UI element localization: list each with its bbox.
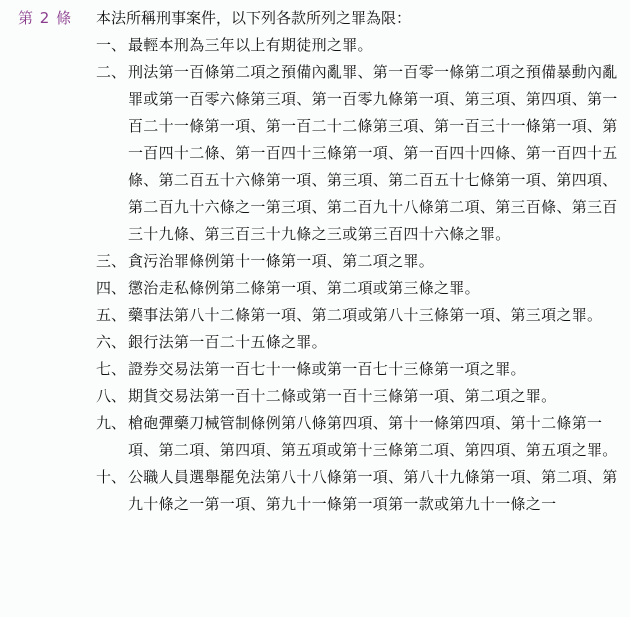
article-2: 第 2 條 本法所稱刑事案件，以下列各款所列之罪為限： 一、最輕本刑為三年以上有… xyxy=(0,0,630,518)
list-item: 七、證券交易法第一百七十一條或第一百七十三條第一項之罪。 xyxy=(96,356,628,383)
item-text: 期貨交易法第一百十二條或第一百十三條第一項、第二項之罪。 xyxy=(128,383,628,410)
item-text: 懲治走私條例第二條第一項、第二項或第三條之罪。 xyxy=(128,275,628,302)
article-intro: 本法所稱刑事案件，以下列各款所列之罪為限： xyxy=(96,5,628,32)
list-item: 四、懲治走私條例第二條第一項、第二項或第三條之罪。 xyxy=(96,275,628,302)
item-text: 最輕本刑為三年以上有期徒刑之罪。 xyxy=(128,32,628,59)
list-item: 三、貪污治罪條例第十一條第一項、第二項之罪。 xyxy=(96,248,628,275)
item-number: 四、 xyxy=(96,275,128,302)
list-item: 六、銀行法第一百二十五條之罪。 xyxy=(96,329,628,356)
list-item: 九、槍砲彈藥刀械管制條例第八條第四項、第十一條第四項、第十二條第一項、第二項、第… xyxy=(96,410,628,464)
list-item: 八、期貨交易法第一百十二條或第一百十三條第一項、第二項之罪。 xyxy=(96,383,628,410)
item-text: 槍砲彈藥刀械管制條例第八條第四項、第十一條第四項、第十二條第一項、第二項、第四項… xyxy=(128,410,628,464)
item-number: 五、 xyxy=(96,302,128,329)
list-item: 二、刑法第一百條第二項之預備內亂罪、第一百零一條第二項之預備暴動內亂罪或第一百零… xyxy=(96,59,628,248)
item-number: 七、 xyxy=(96,356,128,383)
item-text: 證券交易法第一百七十一條或第一百七十三條第一項之罪。 xyxy=(128,356,628,383)
list-item: 十、公職人員選舉罷免法第八十八條第一項、第八十九條第一項、第二項、第九十條之一第… xyxy=(96,464,628,518)
list-item: 一、最輕本刑為三年以上有期徒刑之罪。 xyxy=(96,32,628,59)
item-text: 刑法第一百條第二項之預備內亂罪、第一百零一條第二項之預備暴動內亂罪或第一百零六條… xyxy=(128,59,628,248)
item-number: 九、 xyxy=(96,410,128,464)
item-number: 六、 xyxy=(96,329,128,356)
item-text: 藥事法第八十二條第一項、第二項或第八十三條第一項、第三項之罪。 xyxy=(128,302,628,329)
article-number-label: 第 2 條 xyxy=(18,5,72,32)
item-number: 二、 xyxy=(96,59,128,248)
item-text: 公職人員選舉罷免法第八十八條第一項、第八十九條第一項、第二項、第九十條之一第一項… xyxy=(128,464,628,518)
item-number: 三、 xyxy=(96,248,128,275)
article-content: 本法所稱刑事案件，以下列各款所列之罪為限： 一、最輕本刑為三年以上有期徒刑之罪。… xyxy=(96,5,628,518)
item-text: 銀行法第一百二十五條之罪。 xyxy=(128,329,628,356)
item-number: 八、 xyxy=(96,383,128,410)
item-text: 貪污治罪條例第十一條第一項、第二項之罪。 xyxy=(128,248,628,275)
list-item: 五、藥事法第八十二條第一項、第二項或第八十三條第一項、第三項之罪。 xyxy=(96,302,628,329)
item-number: 一、 xyxy=(96,32,128,59)
item-number: 十、 xyxy=(96,464,128,518)
